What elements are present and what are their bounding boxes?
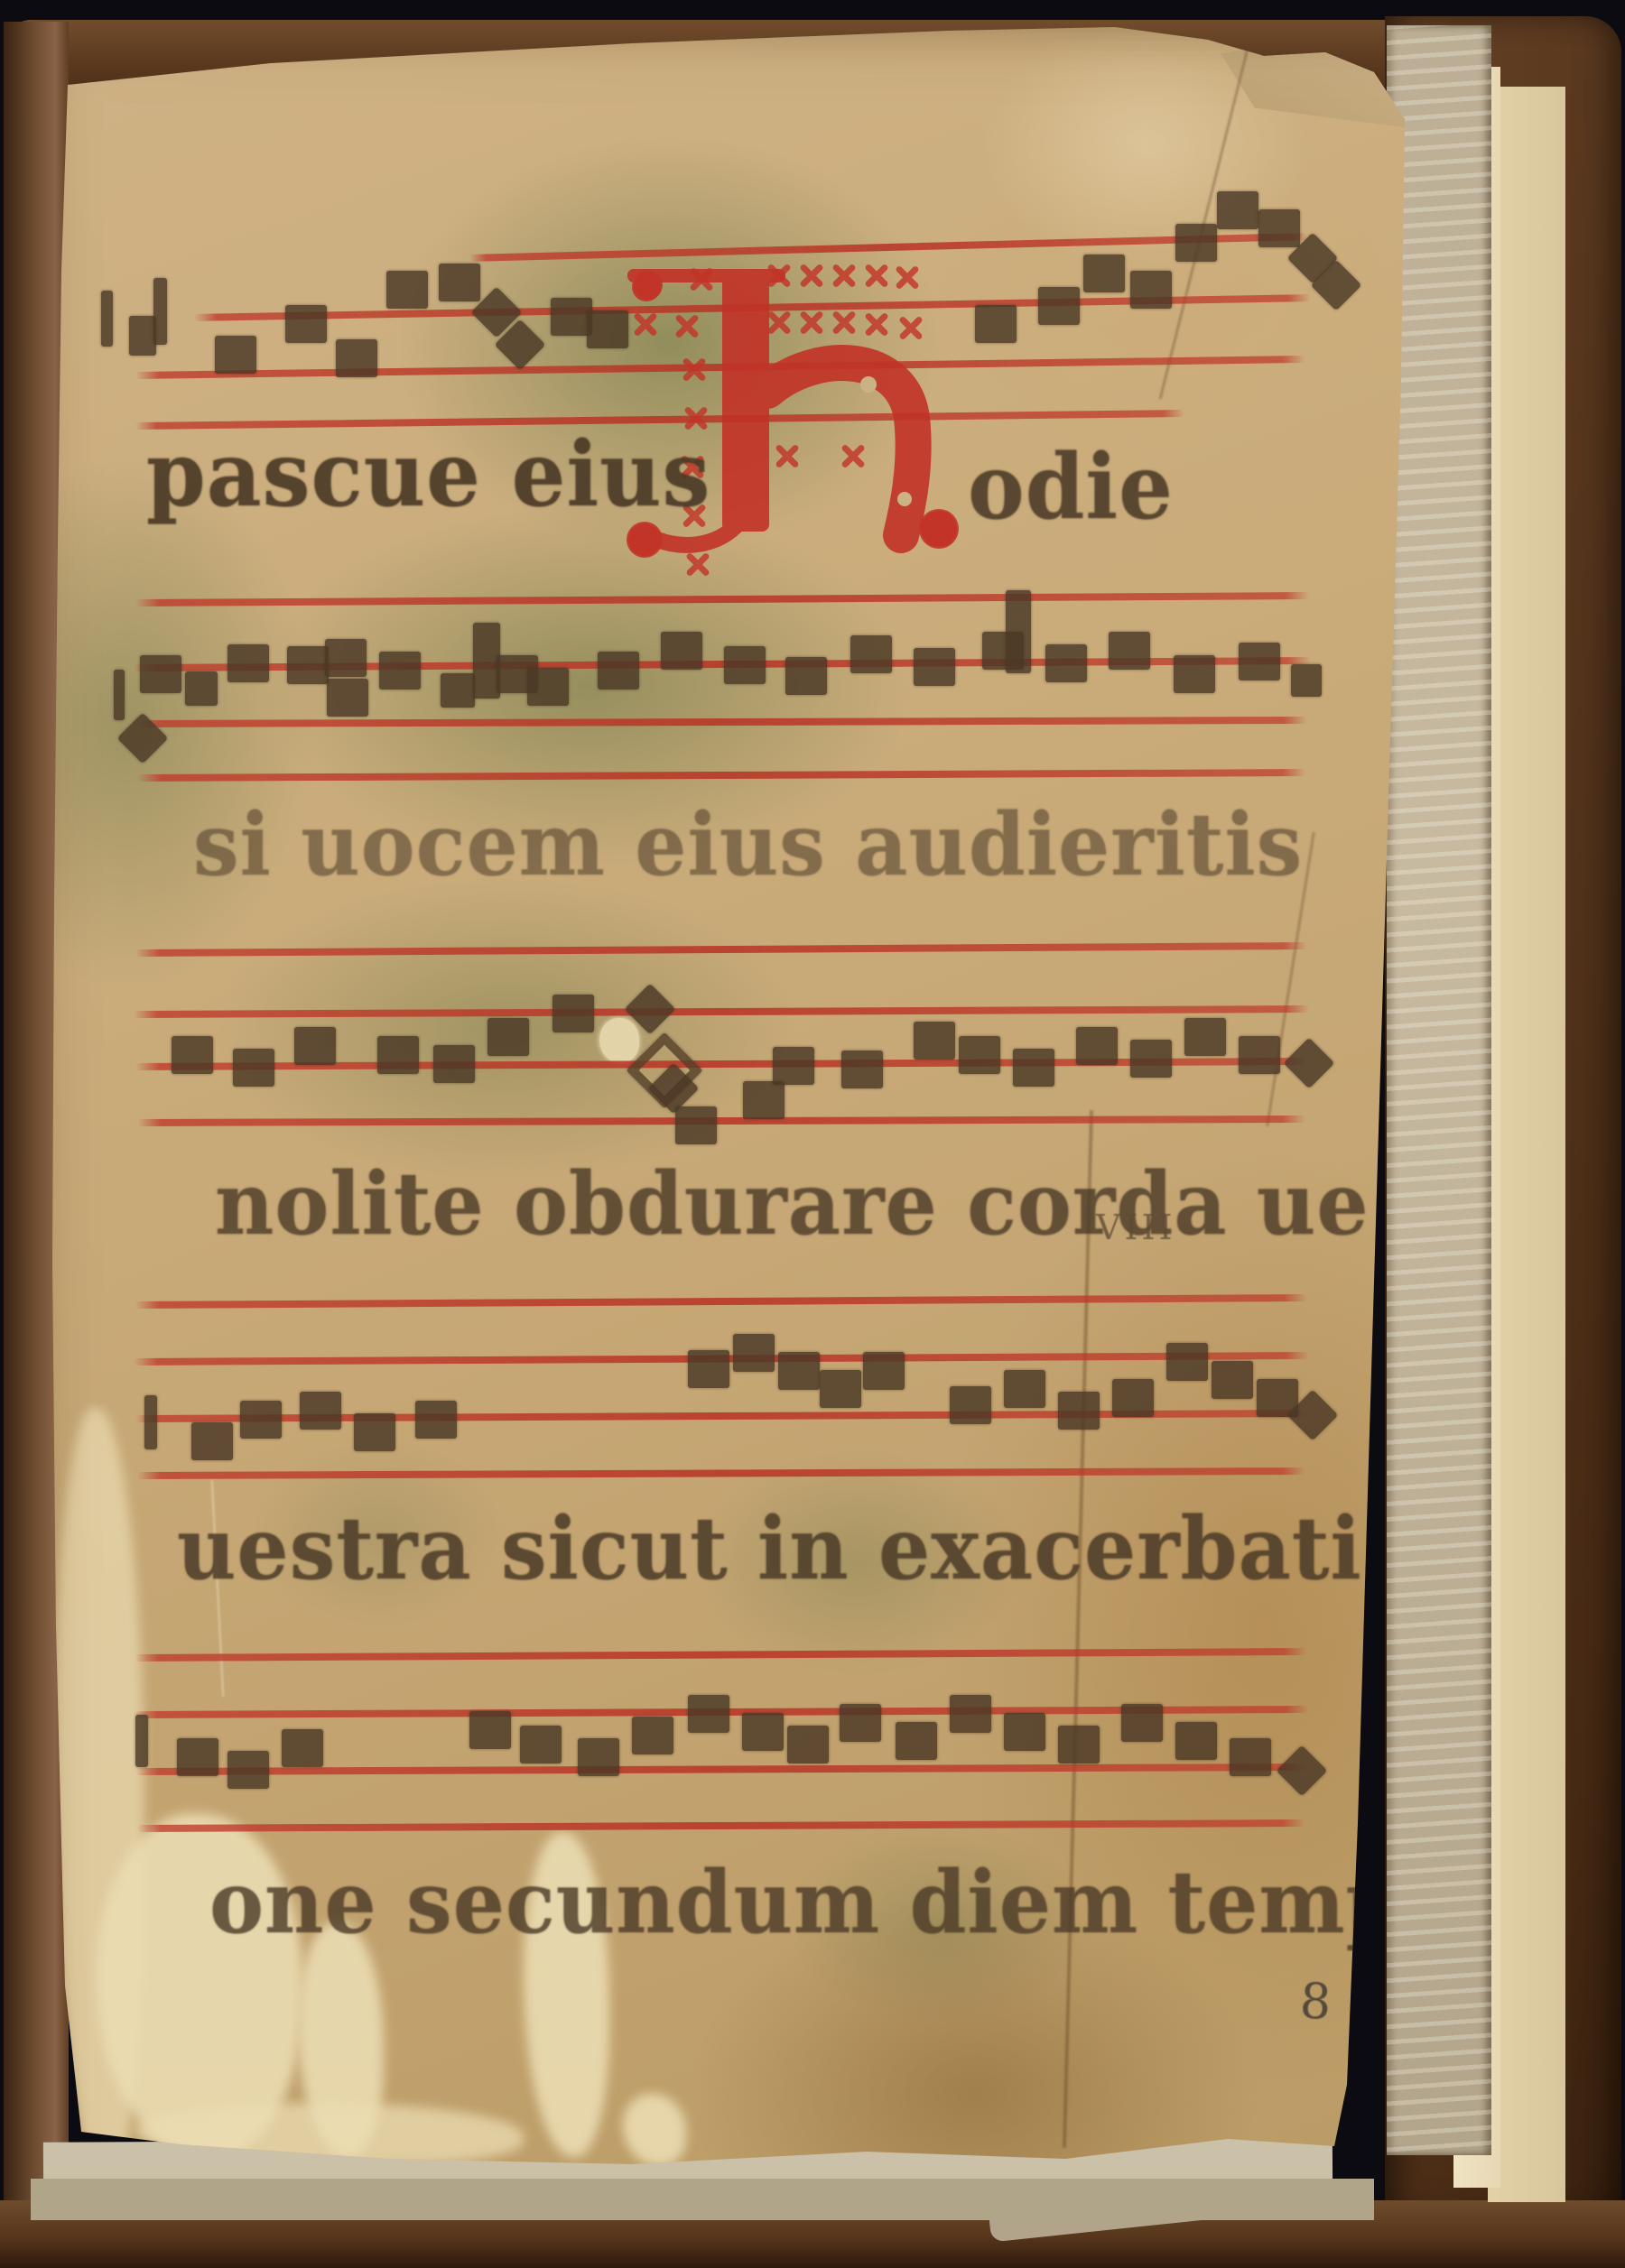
neume: [433, 1045, 475, 1083]
chant-text-line: uestra sicut in exacerbati: [177, 1498, 1362, 1599]
neume: [300, 1392, 341, 1430]
neume: [914, 1022, 955, 1060]
neume: [840, 1704, 881, 1742]
neume: [469, 1711, 511, 1749]
staff-line: [135, 1294, 1307, 1309]
neume: [959, 1036, 1000, 1074]
staff-line: [135, 592, 1309, 606]
neume: [850, 635, 892, 673]
neume: [377, 1036, 419, 1074]
parchment-page: pascue eiusodiesi uocem eius audieritisn…: [0, 0, 1625, 2268]
quire-mark: VIII: [1096, 1208, 1175, 1247]
neume: [598, 652, 639, 690]
neume: [227, 644, 269, 682]
chant-text-line: odie: [968, 435, 1174, 541]
neume: [1083, 255, 1125, 292]
neume: [841, 1051, 883, 1088]
initial-h: [587, 242, 966, 567]
neume: [129, 316, 156, 356]
neume: [820, 1370, 861, 1408]
neume: [773, 1047, 814, 1085]
neume: [914, 648, 955, 686]
neume: [1291, 664, 1322, 697]
neume: [675, 1106, 717, 1144]
neume: [896, 1722, 937, 1760]
neume: [733, 1334, 775, 1372]
neume: [172, 1036, 213, 1074]
neume: [1112, 1379, 1154, 1417]
neume: [1175, 1722, 1217, 1760]
neume: [177, 1738, 218, 1776]
neume: [1076, 1027, 1118, 1065]
neume: [114, 670, 125, 720]
neume: [282, 1729, 323, 1767]
staff-line: [137, 769, 1305, 782]
neume: [578, 1738, 619, 1776]
neume: [294, 1027, 336, 1065]
neume: [632, 1717, 673, 1754]
neume: [191, 1422, 233, 1460]
neume: [1130, 271, 1172, 309]
neume: [153, 278, 167, 345]
neume: [1239, 643, 1280, 680]
neume: [1284, 1038, 1335, 1089]
neume: [215, 336, 256, 374]
staff-line: [134, 1005, 1309, 1018]
neume: [950, 1695, 991, 1733]
manuscript-photo: pascue eiusodiesi uocem eius audieritisn…: [0, 0, 1625, 2268]
frayed-vellum-edge-strip: [1387, 25, 1491, 2155]
neume: [240, 1401, 282, 1439]
neume: [1004, 1370, 1045, 1408]
neume: [1258, 209, 1300, 247]
neume: [1004, 1713, 1045, 1751]
neume: [1217, 191, 1258, 229]
neume: [1166, 1343, 1208, 1381]
neume: [415, 1401, 457, 1439]
neume: [787, 1726, 829, 1763]
neume: [1174, 655, 1215, 693]
neume: [661, 632, 702, 670]
neume: [1184, 1018, 1226, 1056]
neume: [354, 1413, 395, 1451]
neume: [487, 1018, 529, 1056]
neume: [287, 646, 329, 684]
neume: [285, 305, 327, 343]
neume: [1239, 1036, 1280, 1074]
neume: [1006, 590, 1031, 673]
neume: [527, 668, 569, 706]
neume: [1175, 224, 1217, 262]
neume: [785, 657, 827, 695]
neume: [688, 1350, 729, 1388]
neume: [144, 1395, 157, 1449]
neume: [233, 1049, 274, 1087]
staff-line: [135, 717, 1307, 727]
neume: [778, 1352, 820, 1390]
neume: [1130, 1040, 1172, 1078]
neume: [135, 1715, 148, 1767]
chant-text-line: si uocem eius audieritis: [193, 794, 1303, 895]
page-bottom-edge: [31, 2179, 1374, 2220]
chant-text-line: one secundum diem tempta: [209, 1852, 1495, 1953]
staff-line: [137, 1115, 1305, 1126]
neume: [625, 984, 676, 1035]
neume: [742, 1713, 784, 1751]
staff-line: [137, 1819, 1305, 1832]
neume: [439, 264, 480, 301]
neume: [1109, 632, 1150, 670]
neume: [1230, 1738, 1271, 1776]
neume: [520, 1726, 562, 1763]
neume: [325, 639, 367, 677]
neume: [386, 271, 428, 309]
neume: [379, 652, 421, 690]
neume: [327, 679, 368, 717]
neume: [1277, 1745, 1328, 1797]
neume: [724, 646, 766, 684]
neume: [950, 1386, 991, 1424]
neume: [688, 1695, 729, 1733]
neume: [975, 305, 1017, 343]
neume: [1121, 1704, 1163, 1742]
neume: [1045, 644, 1087, 682]
neume: [1058, 1726, 1100, 1763]
neume: [1212, 1361, 1253, 1399]
neume: [1013, 1049, 1054, 1087]
neume: [185, 671, 218, 706]
neume: [140, 655, 181, 693]
neume: [336, 339, 377, 377]
staff-line: [135, 942, 1307, 957]
neume: [101, 291, 113, 347]
neume: [1058, 1392, 1100, 1430]
staff-line: [135, 1648, 1307, 1662]
chant-text-line: nolite obdurare corda ue: [215, 1153, 1370, 1254]
neume: [552, 995, 594, 1032]
neume: [1038, 287, 1080, 325]
neume: [743, 1081, 785, 1119]
staff-line: [137, 1467, 1305, 1479]
page-number: 8: [1298, 1972, 1332, 2031]
neume: [441, 673, 475, 708]
neume: [863, 1352, 905, 1390]
neume: [227, 1751, 269, 1789]
